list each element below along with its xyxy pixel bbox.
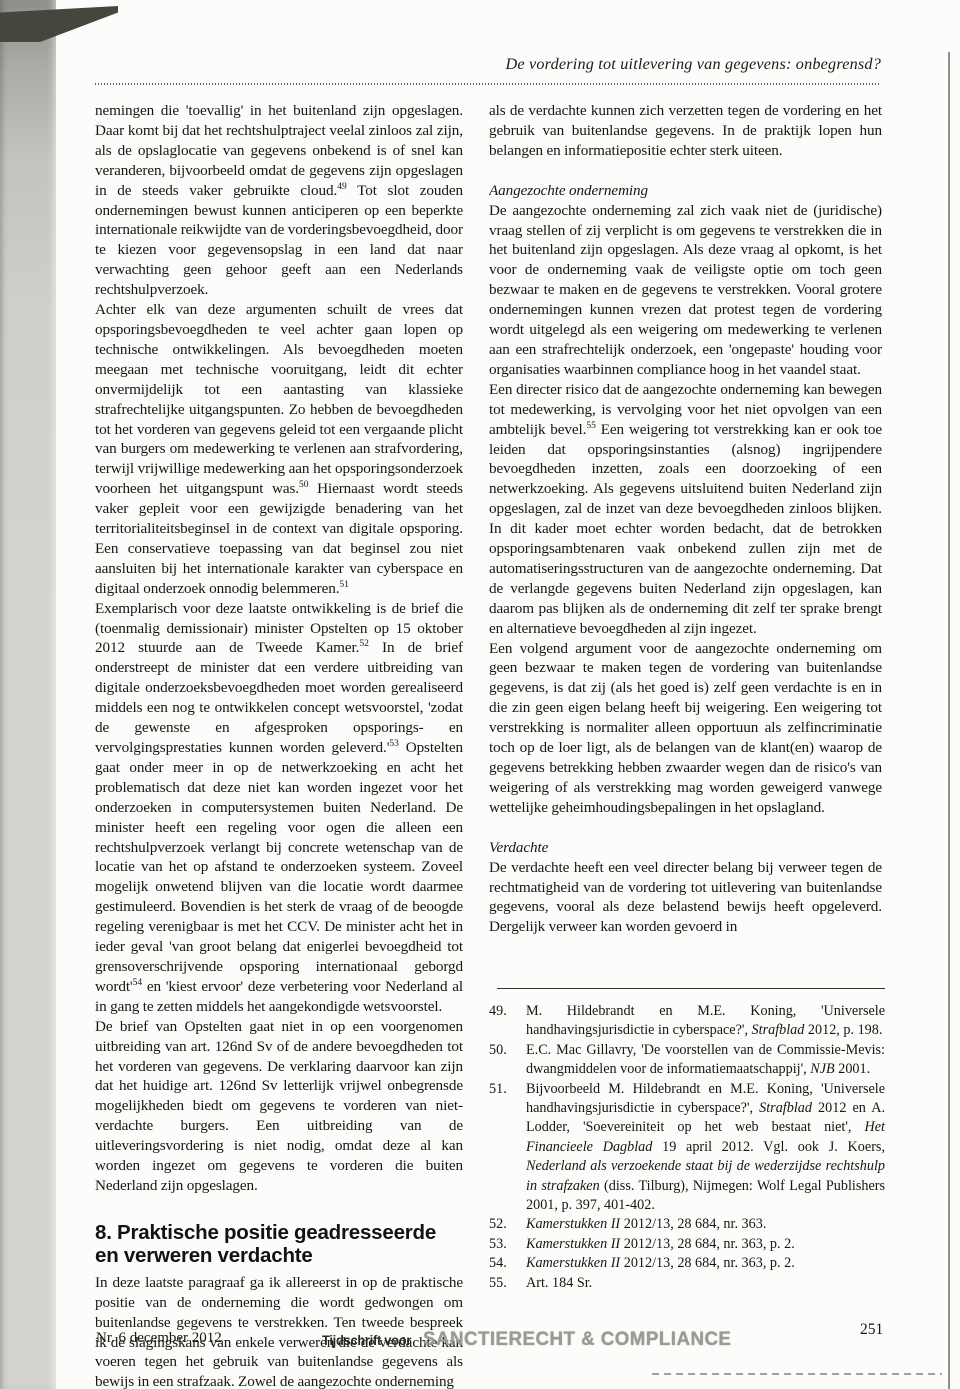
footnote-list: 49.M. Hildebrandt en M.E. Koning, 'Unive… (489, 1002, 885, 1293)
footnote-text: Art. 184 Sr. (526, 1274, 885, 1293)
footer-issue-date: Nr. 6 december 2012 (96, 1330, 222, 1347)
left-column: nemingen die 'toevallig' in het buitenla… (95, 101, 463, 1389)
footnote-number: 55. (489, 1274, 526, 1293)
footnote-text: Bijvoorbeeld M. Hildebrandt en M.E. Koni… (526, 1080, 885, 1216)
scanned-journal-page: De vordering tot uitlevering van gegeven… (0, 0, 960, 1389)
footnote-text: Kamerstukken II 2012/13, 28 684, nr. 363… (526, 1254, 885, 1273)
footnote: 51.Bijvoorbeeld M. Hildebrandt en M.E. K… (489, 1080, 885, 1216)
footnote-text: E.C. Mac Gillavry, 'De voorstellen van d… (526, 1041, 885, 1080)
footer-journal-logo: Tijdschrift voor SANCTIERECHT & COMPLIAN… (322, 1328, 745, 1351)
journal-name-text: SANCTIERECHT & COMPLIANCE (423, 1328, 731, 1351)
footnote-ref: 52 (359, 639, 369, 649)
footnote-number: 53. (489, 1235, 526, 1254)
footnote-text: Kamerstukken II 2012/13, 28 684, nr. 363… (526, 1235, 885, 1254)
scan-bottom-dashed-line (652, 1373, 942, 1375)
footnote-separator-rule (497, 988, 885, 989)
footnote-number: 50. (489, 1041, 526, 1080)
footnote: 53.Kamerstukken II 2012/13, 28 684, nr. … (489, 1235, 885, 1254)
running-head-title: De vordering tot uitlevering van gegeven… (505, 55, 881, 74)
footnote-ref: 54 (133, 978, 143, 988)
footnote: 49.M. Hildebrandt en M.E. Koning, 'Unive… (489, 1002, 885, 1041)
footnote-number: 52. (489, 1215, 526, 1234)
footnote-ref: 53 (389, 739, 399, 749)
footnote-ref: 51 (339, 580, 349, 590)
paragraph: nemingen die 'toevallig' in het buitenla… (95, 101, 463, 300)
subsection-heading: Verdachte (489, 838, 882, 858)
footnote-ref: 49 (337, 182, 347, 192)
page-edge-line (948, 52, 950, 1389)
footnote-text: Kamerstukken II 2012/13, 28 684, nr. 363… (526, 1215, 885, 1234)
footnote-ref: 55 (586, 421, 596, 431)
footnote-text: M. Hildebrandt en M.E. Koning, 'Universe… (526, 1002, 885, 1041)
paragraph: De brief van Opstelten gaat niet in op e… (95, 1017, 463, 1196)
footnote: 52.Kamerstukken II 2012/13, 28 684, nr. … (489, 1215, 885, 1234)
paragraph: De aangezochte onderneming zal zich vaak… (489, 201, 882, 380)
page-number: 251 (860, 1321, 883, 1339)
footnote: 50.E.C. Mac Gillavry, 'De voorstellen va… (489, 1041, 885, 1080)
journal-prefix-text: Tijdschrift voor (322, 1332, 411, 1348)
paragraph: Exemplarisch voor deze laatste ontwikkel… (95, 599, 463, 1017)
paragraph: De verdachte heeft een veel directer bel… (489, 858, 882, 938)
header-dotted-rule (95, 83, 881, 85)
footnote-ref: 50 (299, 480, 309, 490)
right-column: als de verdachte kunnen zich verzetten t… (489, 101, 882, 993)
footnote-number: 49. (489, 1002, 526, 1041)
scan-edge-shadow (0, 0, 56, 1389)
footnote: 54.Kamerstukken II 2012/13, 28 684, nr. … (489, 1254, 885, 1273)
paragraph: Achter elk van deze argumenten schuilt d… (95, 300, 463, 599)
paragraph: Een volgend argument voor de aangezochte… (489, 639, 882, 818)
footnote-number: 54. (489, 1254, 526, 1273)
subsection-heading: Aangezochte onderneming (489, 181, 882, 201)
section-heading: 8. Praktische positie geadresseerde en v… (95, 1221, 463, 1268)
paragraph: als de verdachte kunnen zich verzetten t… (489, 101, 882, 161)
footnote-number: 51. (489, 1080, 526, 1216)
footnote: 55.Art. 184 Sr. (489, 1274, 885, 1293)
paragraph: Een directer risico dat de aangezochte o… (489, 380, 882, 639)
